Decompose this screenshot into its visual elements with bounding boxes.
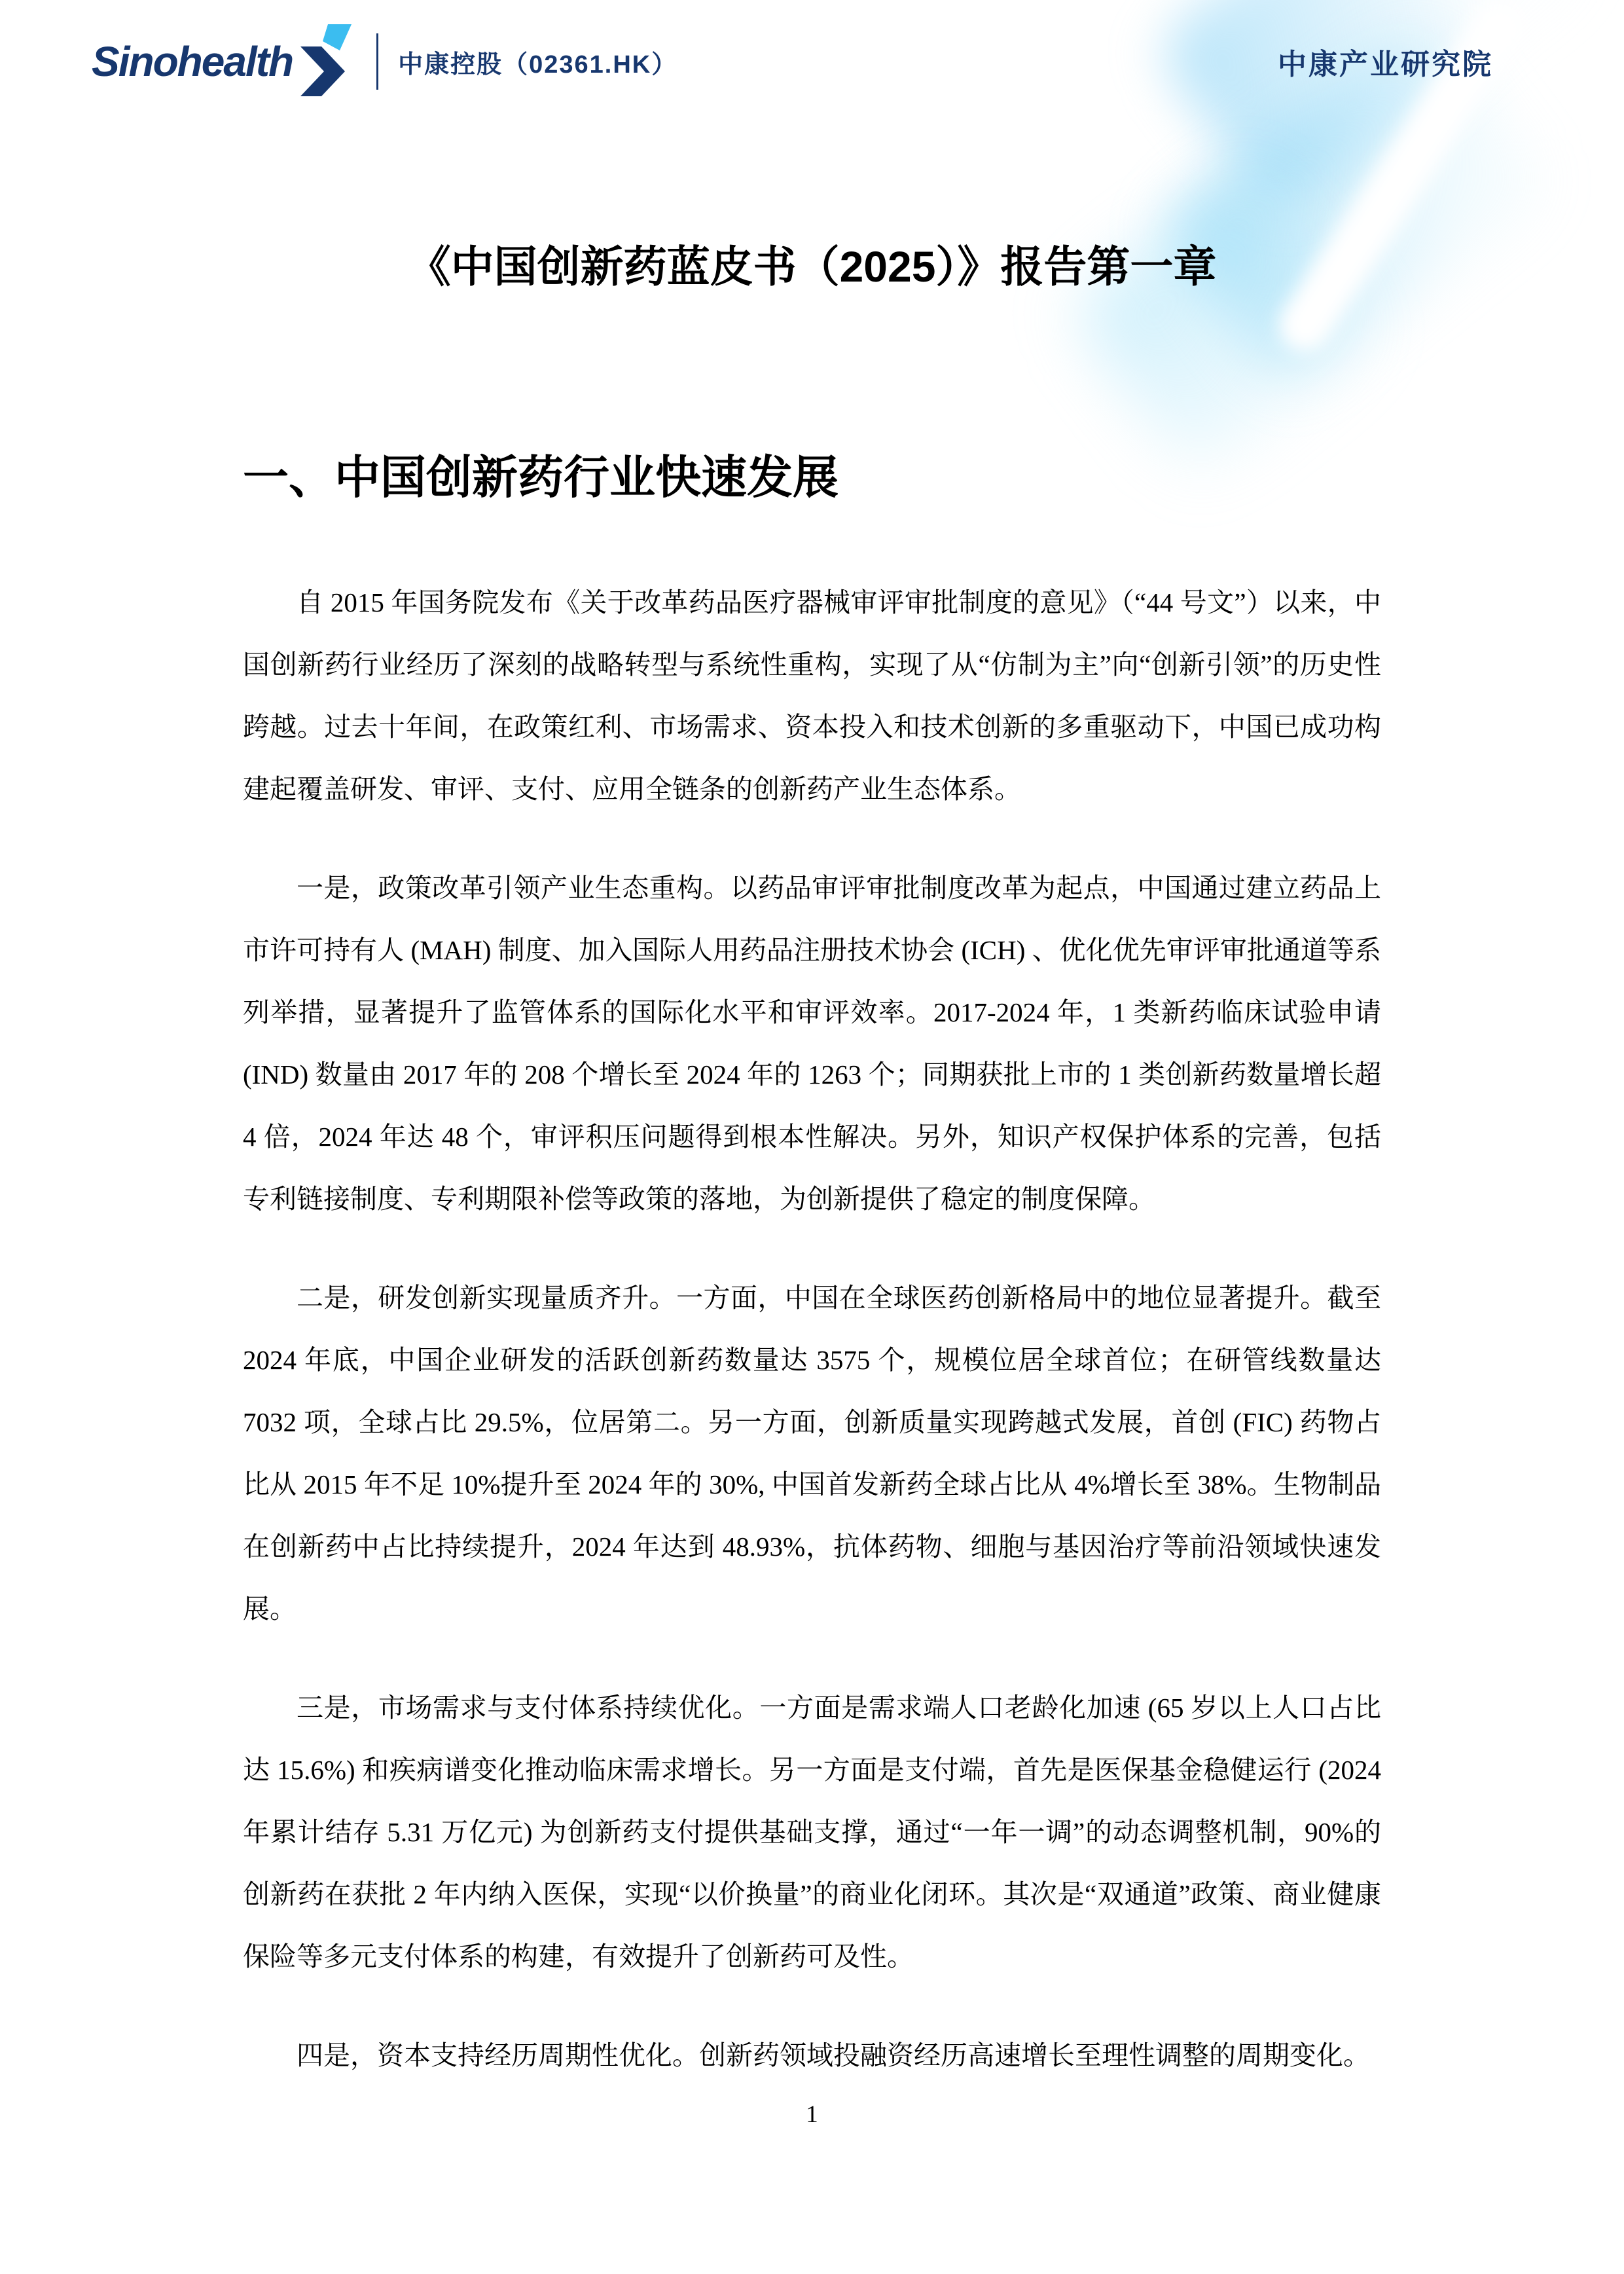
body-paragraph: 二是，研发创新实现量质齐升。一方面，中国在全球医药创新格局中的地位显著提升。截至… bbox=[243, 1267, 1381, 1640]
sinohealth-logo: Sinohealth 中康控股（02361.HK） bbox=[92, 24, 677, 100]
chevron-logo-icon bbox=[297, 24, 353, 100]
document-page: Sinohealth 中康控股（02361.HK） 中康产业研究院 《中国创新药… bbox=[0, 0, 1624, 2274]
body-text: 自 2015 年国务院发布《关于改革药品医疗器械审评审批制度的意见》（“44 号… bbox=[243, 572, 1381, 2087]
page-header: Sinohealth 中康控股（02361.HK） 中康产业研究院 bbox=[0, 0, 1624, 101]
body-paragraph: 一是，政策改革引领产业生态重构。以药品审评审批制度改革为起点，中国通过建立药品上… bbox=[243, 857, 1381, 1230]
document-content: 《中国创新药蓝皮书（2025）》报告第一章 一、中国创新药行业快速发展 自 20… bbox=[0, 240, 1624, 2087]
body-paragraph: 四是，资本支持经历周期性优化。创新药领域投融资经历高速增长至理性调整的周期变化。 bbox=[243, 2025, 1381, 2087]
page-number: 1 bbox=[806, 2101, 818, 2128]
header-right-label: 中康产业研究院 bbox=[1278, 41, 1493, 83]
page-footer: 1 bbox=[0, 2100, 1624, 2129]
logo-wordmark: Sinohealth bbox=[92, 41, 293, 83]
logo-divider bbox=[376, 33, 378, 90]
body-paragraph: 自 2015 年国务院发布《关于改革药品医疗器械审评审批制度的意见》（“44 号… bbox=[243, 572, 1381, 820]
page-title: 《中国创新药蓝皮书（2025）》报告第一章 bbox=[243, 240, 1381, 294]
body-paragraph: 三是，市场需求与支付体系持续优化。一方面是需求端人口老龄化加速 (65 岁以上人… bbox=[243, 1677, 1381, 1988]
logo-subtitle: 中康控股（02361.HK） bbox=[398, 44, 677, 80]
section-heading: 一、中国创新药行业快速发展 bbox=[243, 450, 1381, 505]
